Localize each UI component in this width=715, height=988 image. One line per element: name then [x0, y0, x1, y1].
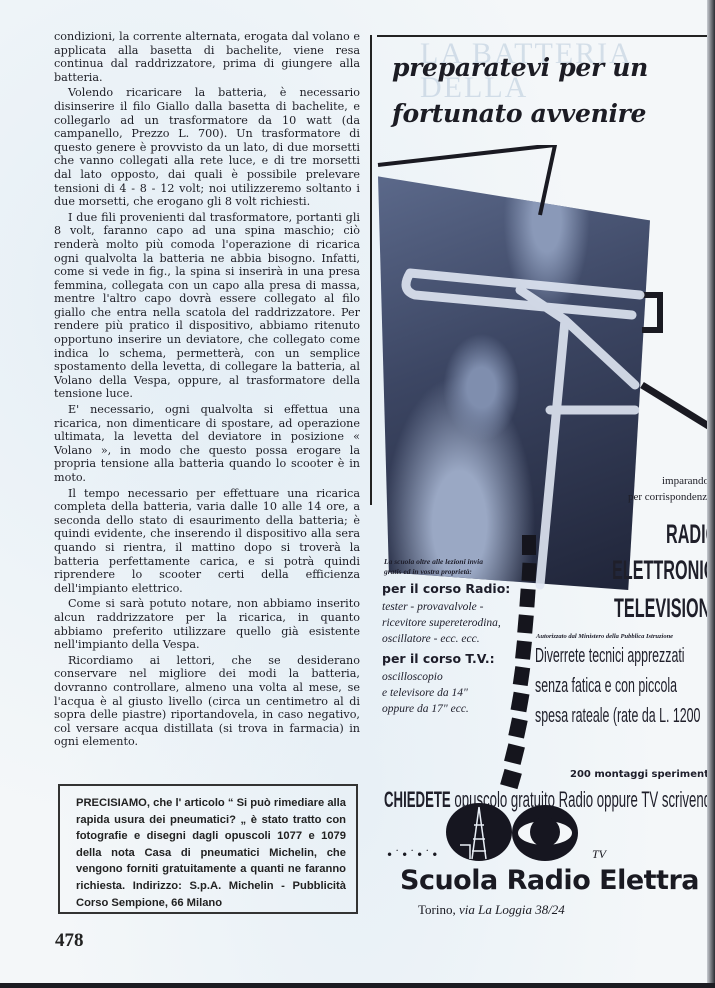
- ad-headline-line2: fortunato avvenire: [392, 99, 646, 128]
- benefit-line: senza fatica e con piccola: [535, 675, 677, 698]
- tv-course-heading: per il corso T.V.:: [382, 651, 495, 666]
- ad-headline-line1: preparatevi per un: [392, 53, 648, 82]
- benefit-line: spesa rateale (rate da L. 1200: [535, 705, 700, 728]
- tv-course-item: oscilloscopio: [382, 671, 443, 683]
- radio-course-heading: per il corso Radio:: [382, 581, 510, 596]
- cta-bold: CHIEDETE: [384, 787, 451, 812]
- notice-text: che l' articolo “ Si può rimediare alla …: [76, 797, 346, 909]
- dots-decoration: •˙•˙•˙•: [386, 848, 439, 862]
- tv-course-item: oppure da 17" ecc.: [382, 703, 469, 715]
- experiments-note: 200 montaggi sperimentali: [570, 769, 715, 780]
- article-paragraph: Il tempo necessario per effettuare una r…: [54, 487, 360, 596]
- ad-side-line1: imparando: [662, 475, 709, 487]
- article-paragraph: Come si sarà potuto notare, non abbiamo …: [54, 597, 360, 651]
- tower-glyph: [456, 805, 502, 861]
- tv-course-item: e televisore da 14": [382, 687, 468, 699]
- page-bottom-edge: [0, 983, 715, 988]
- article-paragraph: condizioni, la corrente alternata, eroga…: [54, 30, 360, 84]
- authorization-note: Autorizzato dal Ministero della Pubblica…: [536, 633, 673, 640]
- article-paragraph: I due fili provenienti dal trasformatore…: [54, 211, 360, 401]
- article-paragraph: Volendo ricaricare la batteria, è necess…: [54, 86, 360, 208]
- logo-tv-label: TV: [592, 847, 606, 862]
- ad-side-line2: per corrispondenza: [628, 491, 712, 503]
- article-paragraph: Ricordiamo ai lettori, che se desiderano…: [54, 654, 360, 749]
- eye-pupil: [530, 817, 560, 847]
- magazine-page: condizioni, la corrente alternata, eroga…: [0, 0, 715, 988]
- radio-course-item: oscillatore - ecc. ecc.: [382, 633, 480, 645]
- page-number: 478: [55, 930, 84, 952]
- article-paragraph: E' necessario, ogni qualvolta si effettu…: [54, 403, 360, 485]
- subject-elettronica: ELETTRONICA: [612, 555, 715, 586]
- benefit-line: Diverrete tecnici apprezzati: [535, 645, 685, 668]
- school-address: Torino, via La Loggia 38/24: [418, 902, 565, 918]
- radio-course-item: ricevitore supereterodina,: [382, 617, 501, 629]
- ad-intro-line1: La scuola oltre alle lezioni invia: [384, 557, 483, 566]
- article-column: condizioni, la corrente alternata, eroga…: [54, 30, 360, 751]
- notice-lead: PRECISIAMO,: [76, 797, 150, 809]
- subject-televisione: TELEVISIONE: [614, 593, 715, 624]
- radio-course-item: tester - provavalvole -: [382, 601, 483, 613]
- advertisement: LA BATTERIA DELLA preparatevi per un for…: [370, 35, 715, 988]
- ad-intro-line2: gratis ed in vostra proprietà:: [384, 567, 472, 576]
- notice-box: PRECISIAMO, che l' articolo “ Si può rim…: [58, 784, 358, 914]
- page-edge-shadow: [707, 0, 715, 988]
- school-name: Scuola Radio Elettra: [400, 865, 699, 896]
